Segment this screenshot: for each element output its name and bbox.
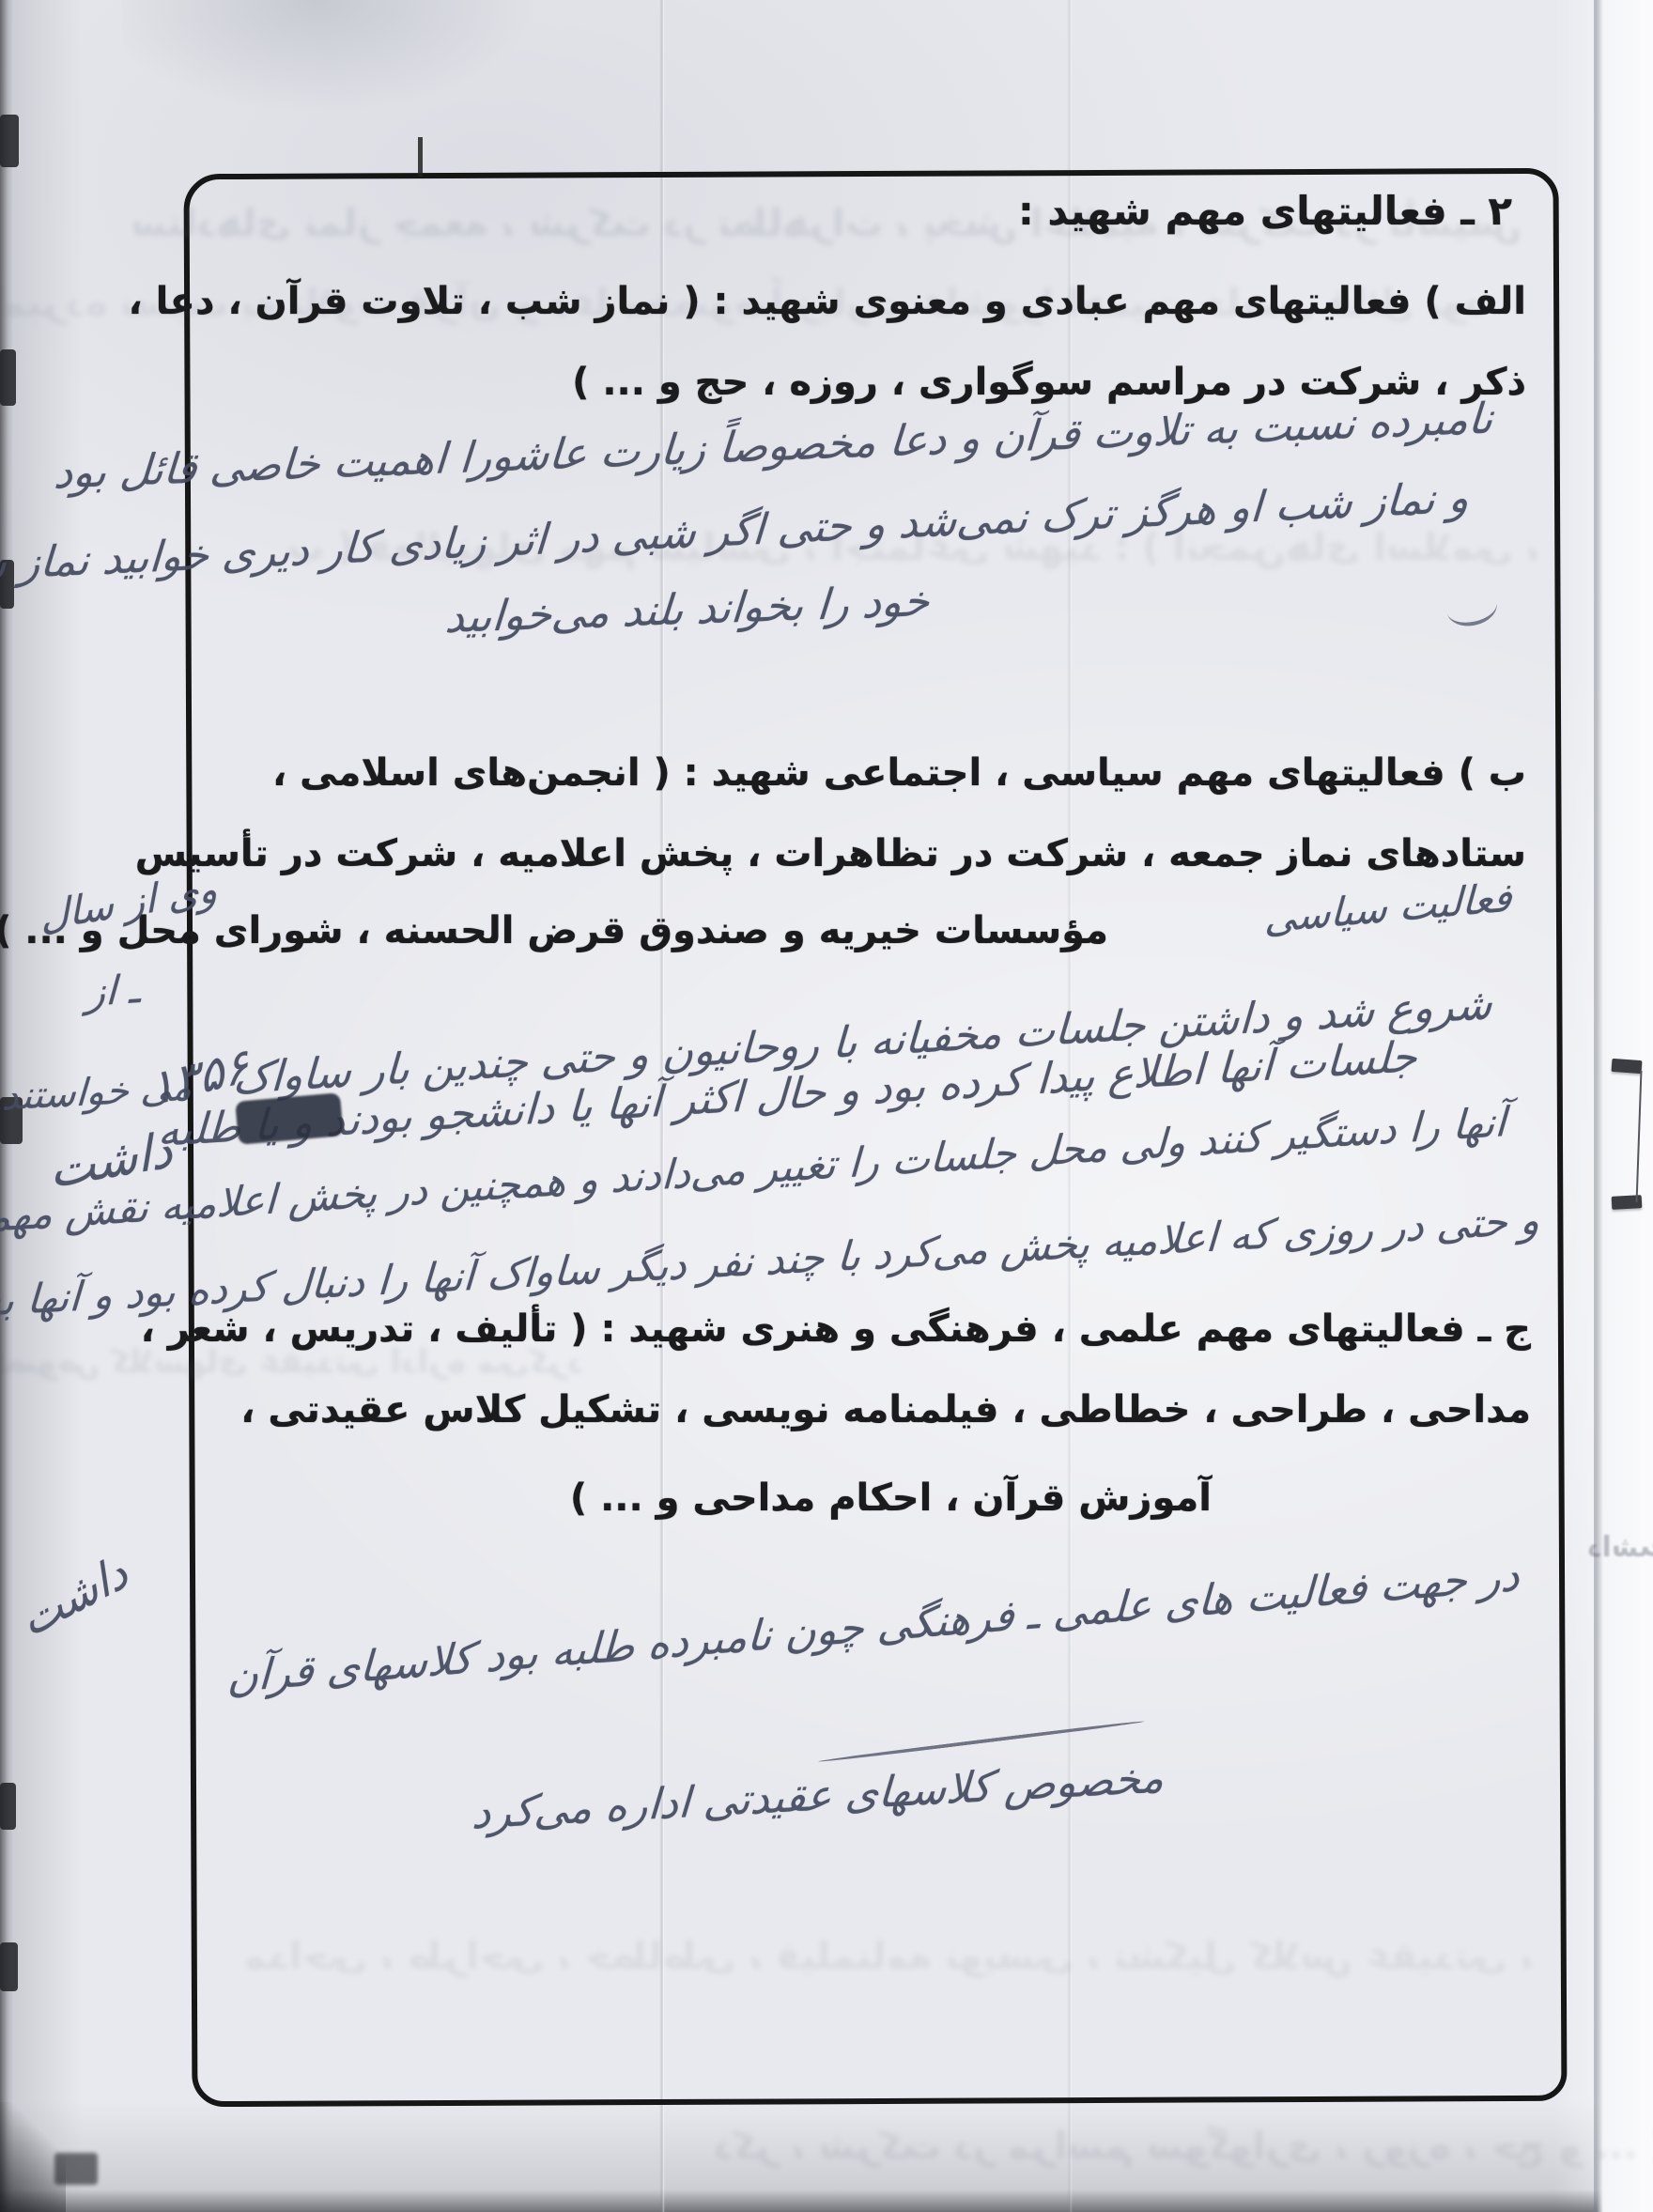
border-tick-mark bbox=[418, 137, 423, 177]
staple-icon bbox=[1612, 1059, 1643, 1074]
scan-edge-bottom bbox=[0, 2189, 1653, 2212]
section-b-printed-line: ستادهای نماز جمعه ، شرکت در تظاهرات ، پخ… bbox=[135, 832, 1526, 875]
bottom-smudge bbox=[54, 2153, 98, 2185]
form-heading: ۲ ـ فعالیتهای مهم شهید : bbox=[1018, 188, 1512, 234]
scan-edge-mark bbox=[0, 1942, 18, 1991]
section-c-printed-line: آموزش قرآن ، احکام مداحی و ... ) bbox=[570, 1477, 1212, 1520]
paper-right-edge bbox=[1594, 0, 1653, 2212]
section-a-printed-line: الف ) فعالیتهای مهم عبادی و معنوی شهید :… bbox=[129, 280, 1526, 323]
section-c-printed-line: ج ـ فعالیتهای مهم علمی ، فرهنگی و هنری ش… bbox=[141, 1307, 1531, 1351]
scan-edge-mark bbox=[0, 1783, 16, 1830]
scanned-document-page: ستادهای نماز جمعه ، شرکت در تظاهرات ، پخ… bbox=[0, 0, 1653, 2212]
margin-note: ـ از bbox=[85, 966, 141, 1015]
section-c-printed-line: مداحی ، طراحی ، خطاطی ، فیلمنامه نویسی ،… bbox=[240, 1388, 1531, 1431]
margin-note: داشت bbox=[14, 1545, 135, 1648]
wrinkle-shadow-top-left bbox=[122, 0, 610, 188]
bleedthrough-ghost-text: داشت bbox=[1587, 1531, 1653, 1564]
section-b-printed-line: ب ) فعالیتهای مهم سیاسی ، اجتماعی شهید :… bbox=[272, 751, 1526, 795]
bleedthrough-ghost-text: ذکر ، شرکت در مراسم سوگواری ، روزه ، حج … bbox=[714, 2125, 1653, 2168]
scan-edge-mark bbox=[0, 349, 16, 406]
scan-edge-mark bbox=[0, 115, 19, 167]
bleedthrough-ghost-text: مداحی ، طراحی ، خطاطی ، فیلمنامه نویسی ،… bbox=[244, 1935, 1535, 1978]
scribbled-out-word bbox=[235, 1092, 344, 1145]
